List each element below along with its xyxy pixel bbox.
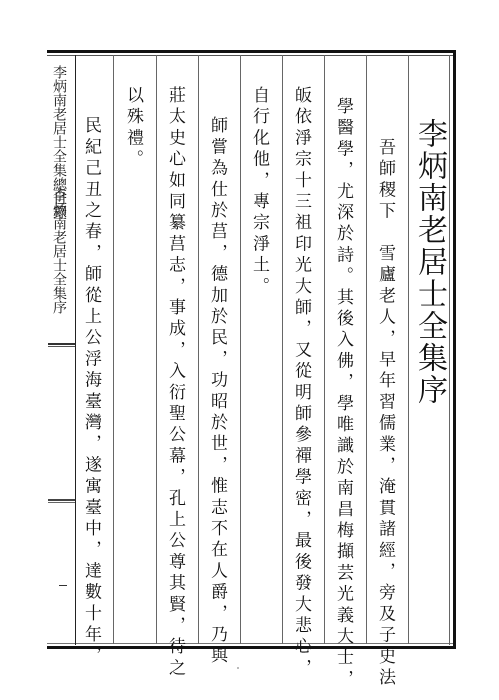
text-column-2: 學醫學，尤深於詩。其後入佛，學唯識於南昌梅擷芸光義大士， (334, 97, 351, 691)
column-rule (282, 55, 283, 644)
column-rule (408, 55, 409, 644)
frame-top-inner-border (47, 55, 456, 56)
text-column-3: 皈依淨宗十三祖印光大師，又從明師參禪學密，最後發大悲心， (292, 86, 309, 680)
frame-right-inner-border (449, 55, 450, 645)
margin-separator-inner (48, 346, 75, 347)
margin-divider (75, 55, 76, 645)
page-title: 李炳南老居士全集序 (414, 118, 444, 406)
margin-separator-lower (48, 499, 75, 501)
column-rule (198, 55, 199, 644)
margin-separator-lower-inner (48, 502, 75, 503)
frame-top-border (47, 50, 456, 53)
text-column-5: 師嘗為仕於莒，德加於民，功昭於世，惟志不在人爵，乃與 (208, 95, 225, 667)
text-column-6: 莊太史心如同纂莒志，事成，入衍聖公幕，孔上公尊其賢，待之 (166, 86, 183, 680)
column-rule (324, 55, 325, 644)
page-number-mark (59, 585, 67, 586)
text-column-8: 民紀己丑之春，師從上公浮海臺灣，遂寓臺中，達數十年， (82, 95, 99, 667)
column-rule (366, 55, 367, 644)
column-rule (156, 55, 157, 644)
text-column-7: 以殊禮。 (124, 86, 141, 171)
scan-speck (237, 667, 239, 669)
margin-section-title: 李炳南老居士全集序 (52, 188, 66, 314)
margin-separator (48, 343, 75, 345)
column-rule (113, 55, 114, 644)
column-rule (240, 55, 241, 644)
text-column-1: 吾師稷下 雪廬老人，早年習儒業，淹貫諸經，旁及子史法 (376, 138, 393, 689)
frame-right-border (453, 50, 456, 649)
text-column-4: 自行化他，專宗淨土。 (250, 86, 267, 298)
